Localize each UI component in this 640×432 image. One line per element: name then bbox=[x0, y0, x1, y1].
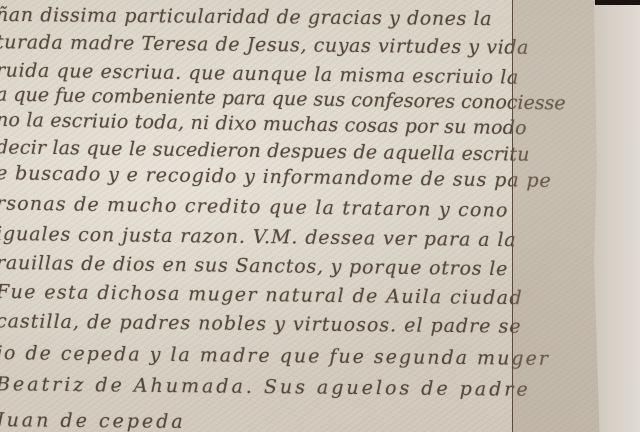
manuscript-line-8: rsonas de mucho credito que la trataron … bbox=[0, 192, 509, 221]
manuscript-line-1: ñan dissima particularidad de gracias y … bbox=[0, 4, 492, 30]
manuscript-line-11: Fue esta dichosa muger natural de Auila … bbox=[0, 281, 523, 309]
manuscript-line-5: no la escriuio toda, ni dixo muchas cosa… bbox=[0, 109, 527, 139]
manuscript-line-13: jo de cepeda y la madre que fue segunda … bbox=[0, 342, 550, 370]
dark-background-corner bbox=[595, 0, 640, 5]
manuscript-line-15: Juan de cepeda bbox=[0, 409, 186, 432]
manuscript-line-14: Beatriz de Ahumada. Sus aguelos de padre bbox=[0, 373, 531, 401]
manuscript-line-9: iguales con justa razon. V.M. dessea ver… bbox=[0, 223, 517, 251]
manuscript-page: ñan dissima particularidad de gracias y … bbox=[0, 0, 640, 432]
manuscript-line-6: decir las que le sucedieron despues de a… bbox=[0, 136, 530, 165]
manuscript-line-10: rauillas de dios en sus Sanctos, y porqu… bbox=[0, 252, 508, 280]
manuscript-line-12: castilla, de padres nobles y virtuosos. … bbox=[0, 310, 522, 338]
manuscript-line-7: e buscado y e recogido y informandome de… bbox=[0, 162, 552, 192]
right-margin-paper bbox=[594, 4, 640, 432]
manuscript-line-2: turada madre Teresa de Jesus, cuyas virt… bbox=[0, 31, 529, 59]
